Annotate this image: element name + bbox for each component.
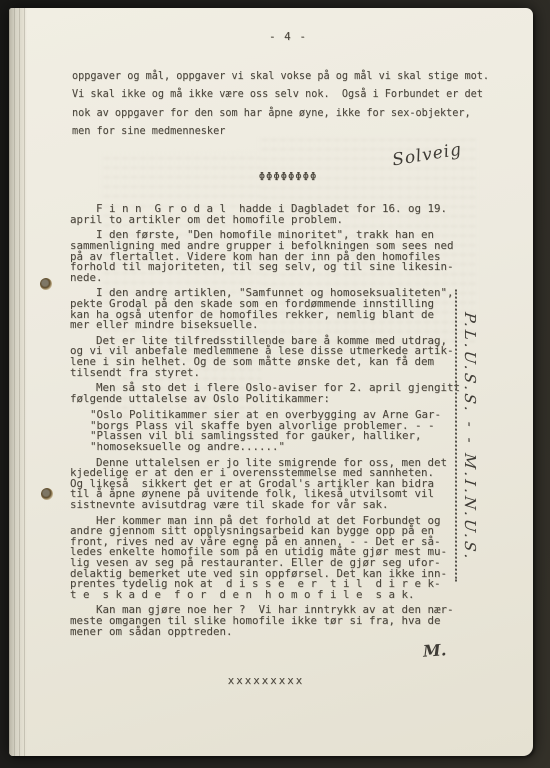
punch-hole-bottom bbox=[41, 488, 53, 500]
page-number: - 4 - bbox=[70, 8, 506, 43]
paragraph-politikammer-quote: "Oslo Politikammer sier at en overbyggin… bbox=[90, 410, 506, 452]
handwritten-initial: M. bbox=[422, 640, 447, 661]
paragraph-oslo-aviser: Men så sto det i flere Oslo-aviser for 2… bbox=[70, 383, 506, 404]
typed-content: - 4 - oppgaver og mål, oppgaver vi skal … bbox=[70, 8, 506, 687]
punch-hole-top bbox=[40, 278, 52, 290]
end-separator: xxxxxxxxx bbox=[48, 674, 484, 687]
paragraph-forbundet: Her kommer man inn på det forhold at det… bbox=[70, 516, 506, 601]
document-page: - 4 - oppgaver og mål, oppgaver vi skal … bbox=[9, 8, 533, 756]
paragraph-uttalelsen: Denne uttalelsen er jo lite smigrende fo… bbox=[70, 458, 506, 511]
page-stack-edge bbox=[9, 8, 27, 756]
paragraph-den-andre: I den andre artiklen, "Samfunnet og homo… bbox=[70, 288, 506, 330]
margin-annotation-pluss-minus: P.L.U.S.S. - - M.I.N.U.S. bbox=[455, 289, 479, 584]
section-separator: ΦΦΦΦΦΦΦΦ bbox=[70, 171, 506, 183]
paragraph-finn-grodal: F i n n G r o d a l hadde i Dagbladet fo… bbox=[70, 204, 506, 225]
intro-paragraph: oppgaver og mål, oppgaver vi skal vokse … bbox=[72, 68, 506, 141]
paragraph-kan-man-gjore: Kan man gjøre noe her ? Vi har inntrykk … bbox=[70, 605, 506, 637]
paragraph-den-forste: I den første, "Den homofile minoritet", … bbox=[70, 230, 506, 283]
handwritten-signature: Solveig bbox=[391, 140, 464, 171]
paragraph-anbefaling: Det er lite tilfredsstillende bare å kom… bbox=[70, 336, 506, 378]
photo-backdrop: - 4 - oppgaver og mål, oppgaver vi skal … bbox=[0, 0, 550, 768]
